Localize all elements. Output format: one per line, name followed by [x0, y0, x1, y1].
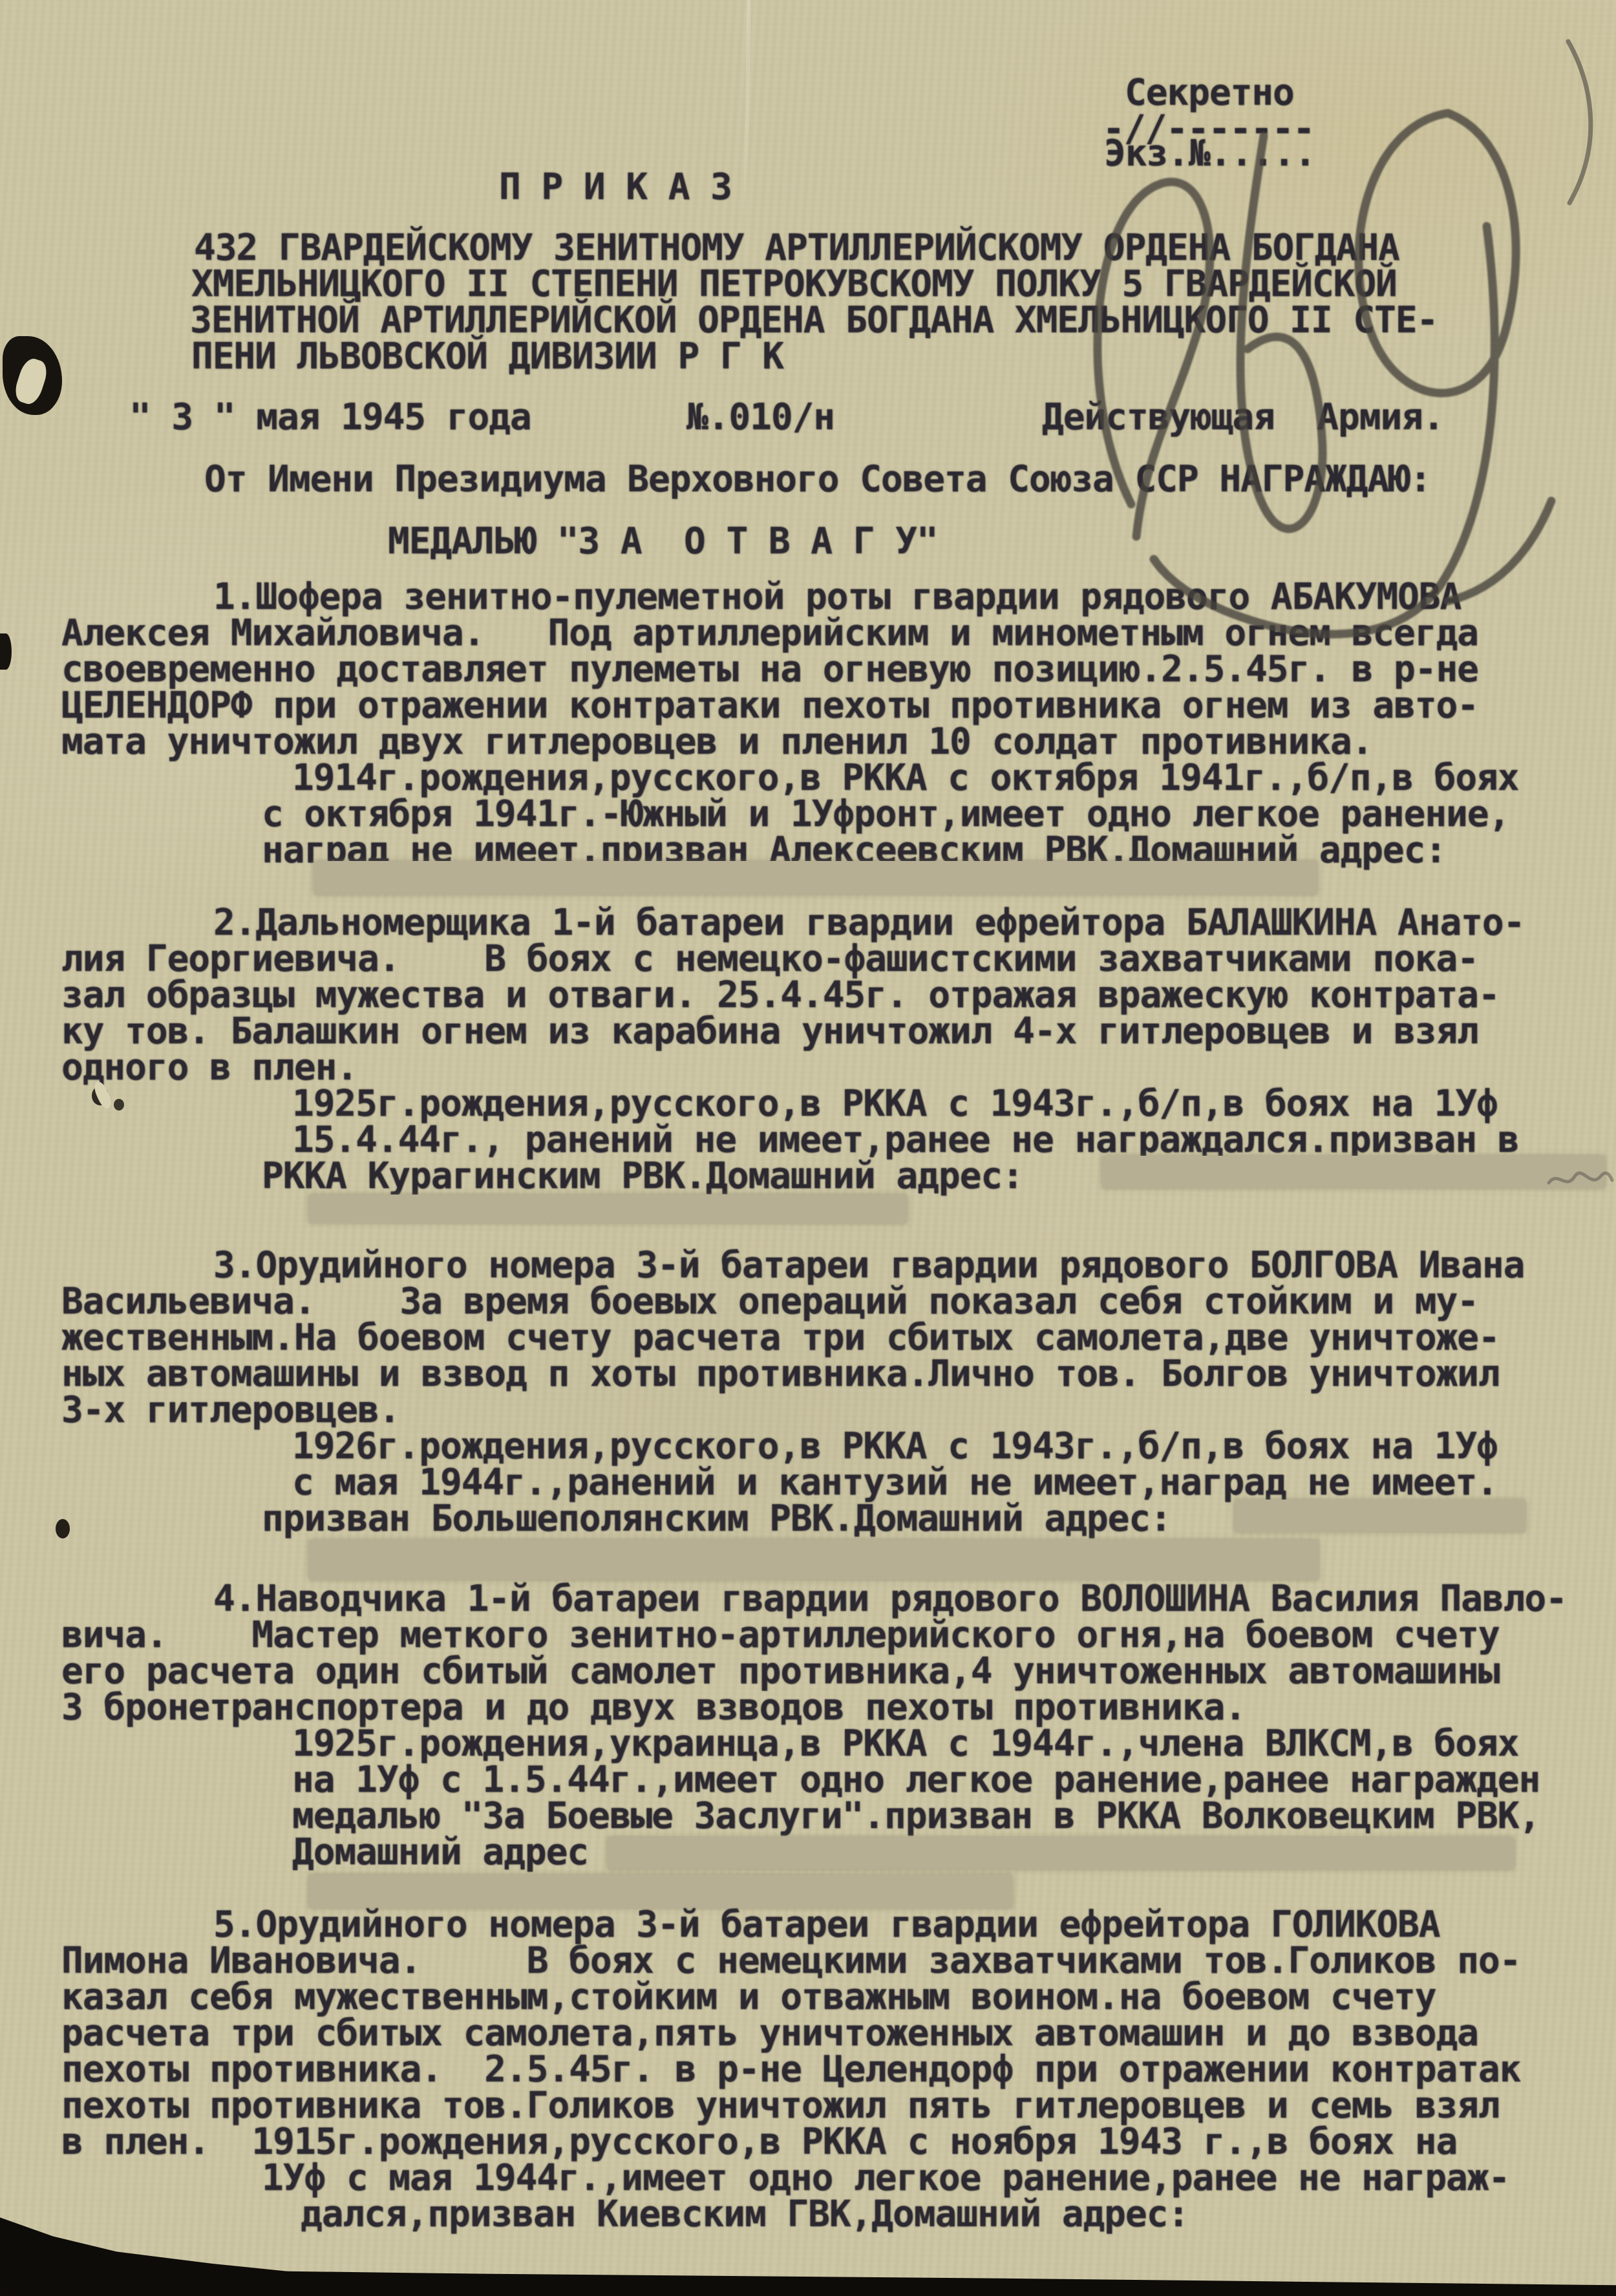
- entry-3-line: 3.Орудийного номера 3-й батареи гвардии …: [213, 1248, 1524, 1284]
- entry-3-line: 1926г.рождения,русского,в РККА с 1943г.,…: [292, 1429, 1498, 1465]
- edge-mark: [0, 633, 12, 670]
- entry-4-line: медалью "За Боевые Заслуги".призван в РК…: [292, 1798, 1540, 1834]
- entry-2-line: ку тов. Балашкин огнем из карабина уничт…: [61, 1014, 1478, 1050]
- entry-2-line: РККА Курагинским РВК.Домашний адрес:: [262, 1158, 1023, 1195]
- redaction-bar: [608, 1837, 1514, 1869]
- pencil-squiggle: [1545, 1157, 1616, 1202]
- entry-1-line: 1914г.рождения,русского,в РККА с октября…: [292, 760, 1518, 796]
- redaction-bar: [1235, 1500, 1526, 1532]
- entry-2-line: 2.Дальномерщика 1-й батареи гвардии ефре…: [213, 905, 1524, 941]
- entry-4-line: 4.Наводчика 1-й батареи гвардии рядового…: [213, 1581, 1567, 1617]
- entry-3-line: ных автомашины и взвод п хоты противника…: [61, 1356, 1500, 1392]
- entry-5-line: дался,призван Киевским ГВК,Домашний адре…: [301, 2196, 1189, 2233]
- entry-3-line: с мая 1944г.,ранений и кантузий не имеет…: [292, 1465, 1498, 1501]
- entry-3-line: жественным.На боевом счету расчета три с…: [61, 1320, 1500, 1356]
- address-line: ПЕНИ ЛЬВОВСКОЙ ДИВИЗИИ Р Г К: [191, 339, 783, 375]
- entry-4-line: 1925г.рождения,украинца,в РККА с 1944г.,…: [292, 1726, 1518, 1762]
- entry-4-line: Домашний адрес: [292, 1834, 588, 1871]
- entry-2-line: зал образцы мужества и отваги. 25.4.45г.…: [61, 977, 1500, 1014]
- entry-2-line: лия Георгиевича. В боях с немецко-фашист…: [61, 941, 1478, 977]
- entry-1-line: мата уничтожил двух гитлеровцев и пленил…: [61, 724, 1372, 760]
- entry-5-line: Пимона Ивановича. В боях с немецкими зах…: [61, 1943, 1520, 1979]
- entry-4-line: на 1Уф с 1.5.44г.,имеет одно легкое ране…: [292, 1762, 1540, 1798]
- redaction-bar: [1102, 1156, 1605, 1188]
- entry-5-line: в плен. 1915г.рождения,русского,в РККА с…: [61, 2124, 1457, 2160]
- entry-3-line: Васильевича. За время боевых операций по…: [61, 1284, 1478, 1320]
- scan-bottom-edge: [0, 2268, 1616, 2296]
- entry-2-line: 15.4.44г., ранений не имеет,ранее не наг…: [292, 1122, 1518, 1158]
- entry-5-line: казал себя мужественным,стойким и отважн…: [61, 1979, 1436, 2015]
- order-date: " 3 " мая 1945 года: [129, 399, 531, 436]
- entry-2-line: одного в плен.: [61, 1050, 357, 1086]
- medal-line: МЕДАЛЬЮ "З А О Т В А Г У": [388, 524, 938, 560]
- entry-5-line: пехоты противника. 2.5.45г. в р-не Целен…: [61, 2052, 1520, 2088]
- entry-5-line: расчета три сбитых самолета,пять уничтож…: [61, 2015, 1478, 2052]
- scanned-order-document: Секретно -//------- Экз.№..... П Р И К А…: [0, 0, 1616, 2296]
- entry-5-line: пехоты противника тов.Голиков уничтожил …: [61, 2088, 1500, 2124]
- entry-4-line: его расчета один сбитый самолет противни…: [61, 1653, 1500, 1690]
- entry-3-line: призван Большеполянским РВК.Домашний адр…: [262, 1501, 1171, 1537]
- hole-mark: [56, 1519, 70, 1538]
- entry-1-line: ЦЕЛЕНДОРФ при отражении контратаки пехот…: [61, 688, 1478, 724]
- entry-2-line: 1925г.рождения,русского,в РККА с 1943г.,…: [292, 1086, 1498, 1122]
- pen-arc-mark: [1557, 36, 1608, 211]
- entry-3-line: 3-х гитлеровцев.: [61, 1392, 399, 1429]
- entry-5-line: 5.Орудийного номера 3-й батареи гвардии …: [213, 1907, 1440, 1943]
- entry-4-line: 3 бронетранспортера и до двух взводов пе…: [61, 1690, 1246, 1726]
- entry-1-line: своевременно доставляет пулеметы на огне…: [61, 652, 1478, 688]
- redaction-bar: [309, 1195, 907, 1223]
- handwritten-number-scrawl: [1034, 39, 1564, 646]
- entry-4-line: вича. Мастер меткого зенитно-артиллерийс…: [61, 1617, 1500, 1653]
- hole-mark: [114, 1099, 124, 1111]
- redaction-bar: [314, 861, 1317, 895]
- redaction-bar: [309, 1540, 1319, 1580]
- entry-1-line: с октября 1941г.-Южный и 1Уфронт,имеет о…: [262, 796, 1509, 833]
- page-title: П Р И К А З: [499, 169, 732, 206]
- order-number: №.010/н: [686, 399, 835, 436]
- entry-5-line: 1Уф с мая 1944г.,имеет одно легкое ранен…: [262, 2160, 1509, 2196]
